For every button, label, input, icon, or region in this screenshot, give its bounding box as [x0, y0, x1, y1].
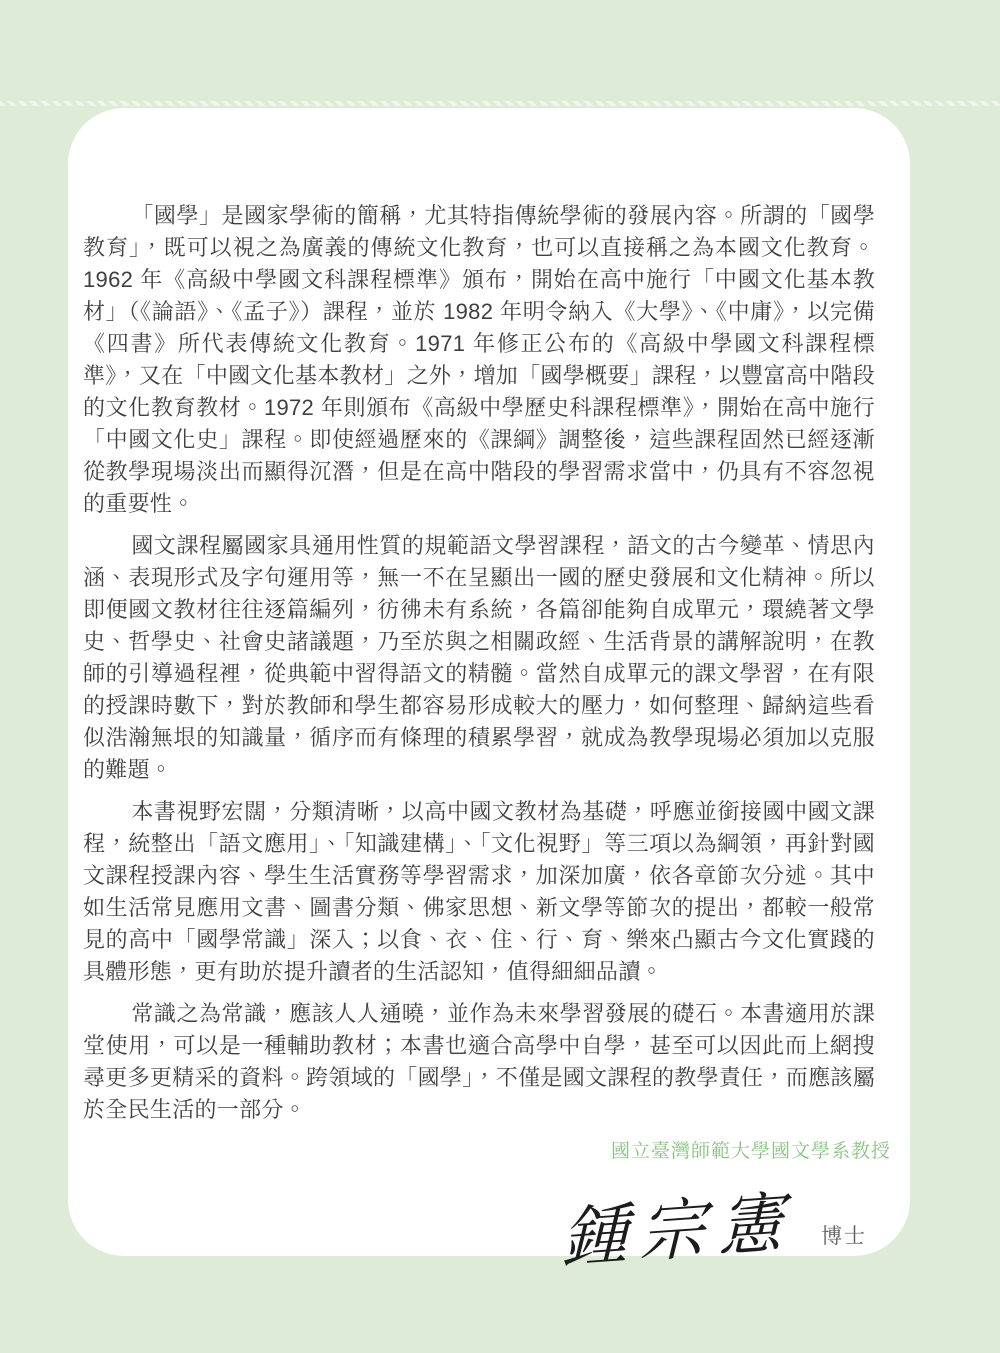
preface-paragraph-2: 國文課程屬國家具通用性質的規範語文學習課程，語文的古今變革、情思內涵、表現形式及…	[83, 530, 875, 786]
preface-text-block: 「國學」是國家學術的簡稱，尤其特指傳統學術的發展內容。所謂的「國學教育」，既可以…	[83, 200, 875, 1126]
top-scallop-divider	[0, 101, 1000, 106]
signature-suffix-label: 博士	[821, 1220, 867, 1250]
author-handwritten-signature: 鍾宗憲	[562, 1187, 795, 1276]
preface-card: 「國學」是國家學術的簡稱，尤其特指傳統學術的發展內容。所謂的「國學教育」，既可以…	[68, 108, 910, 1256]
author-affiliation-title: 國立臺灣師範大學國文學系教授	[83, 1136, 891, 1163]
signature-row: 鍾宗憲 博士	[83, 1187, 867, 1260]
preface-paragraph-4: 常識之為常識，應該人人通曉，並作為未來學習發展的礎石。本書適用於課堂使用，可以是…	[83, 998, 875, 1126]
preface-paragraph-3: 本書視野宏闊，分類清晰，以高中國文教材為基礎，呼應並銜接國中國文課程，統整出「語…	[83, 796, 875, 988]
preface-paragraph-1: 「國學」是國家學術的簡稱，尤其特指傳統學術的發展內容。所謂的「國學教育」，既可以…	[83, 200, 875, 520]
